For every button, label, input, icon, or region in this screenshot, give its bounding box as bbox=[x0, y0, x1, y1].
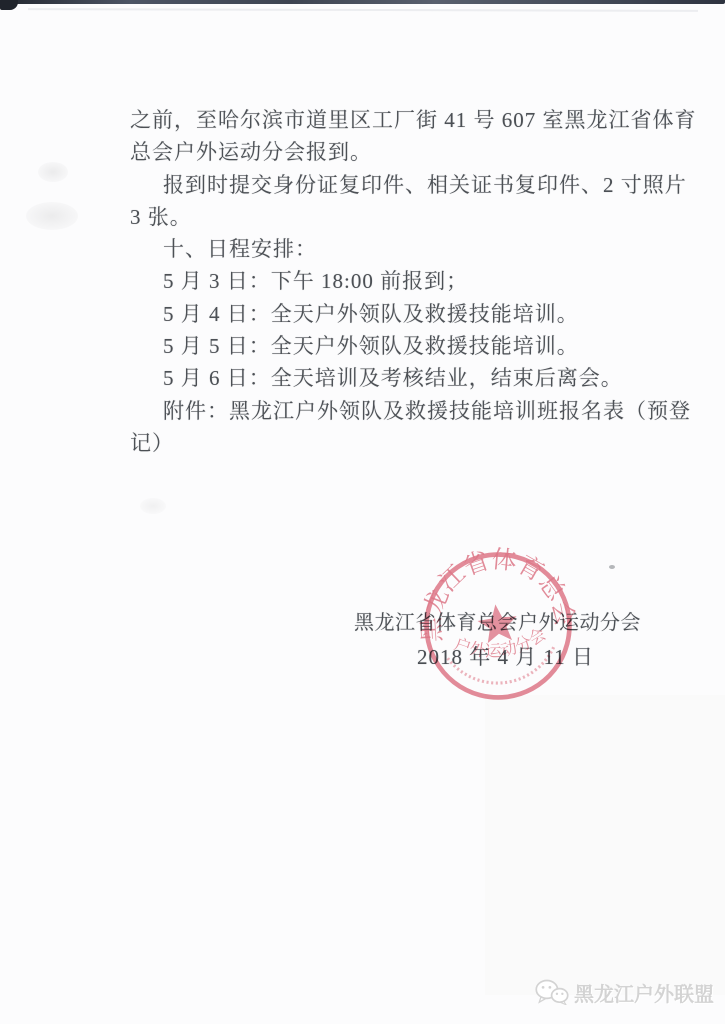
body-line: 总会户外运动分会报到。 bbox=[130, 136, 675, 168]
body-line: 5 月 3 日：下午 18:00 前报到； bbox=[130, 265, 675, 297]
body-line: 附件：黑龙江户外领队及救援技能培训班报名表（预登 bbox=[130, 395, 675, 427]
scan-smudge bbox=[26, 202, 78, 230]
official-seal-stamp: 黑龙江省体育总会 户外运动分会 bbox=[400, 528, 596, 724]
body-line: 报到时提交身份证复印件、相关证书复印件、2 寸照片 bbox=[130, 169, 675, 201]
body-line: 5 月 6 日：全天培训及考核结业，结束后离会。 bbox=[130, 362, 675, 394]
scan-shadow-line bbox=[28, 8, 698, 12]
watermark-text: 黑龙江户外联盟 bbox=[574, 978, 714, 1007]
scan-smudge bbox=[38, 162, 68, 182]
scan-smudge bbox=[140, 498, 166, 514]
scan-edge-top bbox=[0, 0, 725, 4]
body-line: 之前，至哈尔滨市道里区工厂街 41 号 607 室黑龙江省体育 bbox=[130, 104, 675, 136]
scan-corner-mark bbox=[0, 0, 18, 10]
document-body: 之前，至哈尔滨市道里区工厂街 41 号 607 室黑龙江省体育 总会户外运动分会… bbox=[130, 104, 675, 459]
wechat-icon bbox=[535, 979, 569, 1005]
scan-speck bbox=[609, 565, 615, 569]
seal-star-icon bbox=[476, 602, 520, 644]
body-line: 十、日程安排： bbox=[130, 233, 675, 265]
watermark: 黑龙江户外联盟 bbox=[535, 978, 714, 1006]
body-line: 5 月 5 日：全天户外领队及救援技能培训。 bbox=[130, 330, 675, 362]
scanned-document-page: 之前，至哈尔滨市道里区工厂街 41 号 607 室黑龙江省体育 总会户外运动分会… bbox=[0, 0, 725, 1024]
body-line: 3 张。 bbox=[130, 201, 675, 233]
scan-tint bbox=[485, 695, 725, 995]
body-line: 记） bbox=[130, 427, 675, 459]
body-line: 5 月 4 日：全天户外领队及救援技能培训。 bbox=[130, 298, 675, 330]
